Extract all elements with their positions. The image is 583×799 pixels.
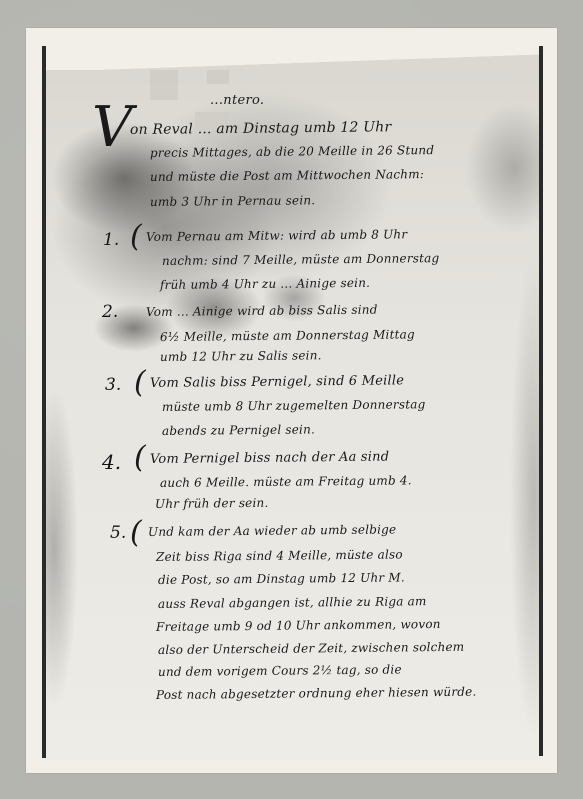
intro-line: on Reval ... am Dinstag umb 12 Uhr (130, 119, 391, 138)
right-page-edge (539, 46, 543, 756)
item-line: Uhr früh der sein. (155, 496, 269, 511)
item-line: müste umb 8 Uhr zugemelten Donnerstag (162, 397, 426, 414)
item-line: Freitage umb 9 od 10 Uhr ankommen, wovon (156, 617, 441, 634)
item-line: Und kam der Aa wieder ab umb selbige (148, 522, 396, 539)
decorated-initial: V (92, 100, 132, 156)
item-number: 4. (102, 450, 121, 474)
intro-line: precis Mittages, ab die 20 Meille in 26 … (150, 143, 434, 160)
item-line: abends zu Pernigel sein. (162, 422, 315, 438)
torn-top-edge (44, 48, 542, 70)
item-line: Zeit biss Riga sind 4 Meille, müste also (156, 547, 403, 564)
item-line: Vom ... Ainige wird ab biss Salis sind (146, 303, 378, 319)
left-page-edge (42, 46, 46, 758)
item-line: und dem vorigem Cours 2½ tag, so die (158, 662, 402, 679)
item-line: auch 6 Meille. müste am Freitag umb 4. (160, 473, 412, 490)
item-line: Vom Salis biss Pernigel, sind 6 Meille (150, 373, 404, 391)
item-number: 2. (102, 302, 118, 322)
item-number: 3. (105, 375, 121, 395)
item-line: Vom Pernau am Mitw: wird ab umb 8 Uhr (146, 227, 407, 244)
item-line: früh umb 4 Uhr zu ... Ainige sein. (160, 276, 370, 292)
bracket-flourish: ( (134, 368, 146, 398)
item-line: umb 12 Uhr zu Salis sein. (160, 348, 322, 364)
repair-patch (207, 70, 229, 84)
item-number: 1. (103, 230, 119, 250)
bracket-flourish: ( (134, 443, 146, 473)
item-number: 5. (110, 523, 126, 543)
repair-patch (150, 70, 178, 100)
bracket-flourish: ( (130, 222, 142, 252)
item-line: Vom Pernigel biss nach der Aa sind (150, 449, 389, 467)
item-line: auss Reval abgangen ist, allhie zu Riga … (158, 594, 427, 611)
item-line: 6½ Meille, müste am Donnerstag Mittag (160, 327, 415, 344)
bracket-flourish: ( (130, 518, 142, 548)
intro-line: und müste die Post am Mittwochen Nachm: (150, 167, 424, 184)
item-line: nachm: sind 7 Meille, müste am Donnersta… (162, 251, 440, 268)
heading-fragment: ...ntero. (210, 93, 264, 108)
item-line: die Post, so am Dinstag umb 12 Uhr M. (158, 570, 405, 587)
intro-line: umb 3 Uhr in Pernau sein. (150, 193, 315, 209)
